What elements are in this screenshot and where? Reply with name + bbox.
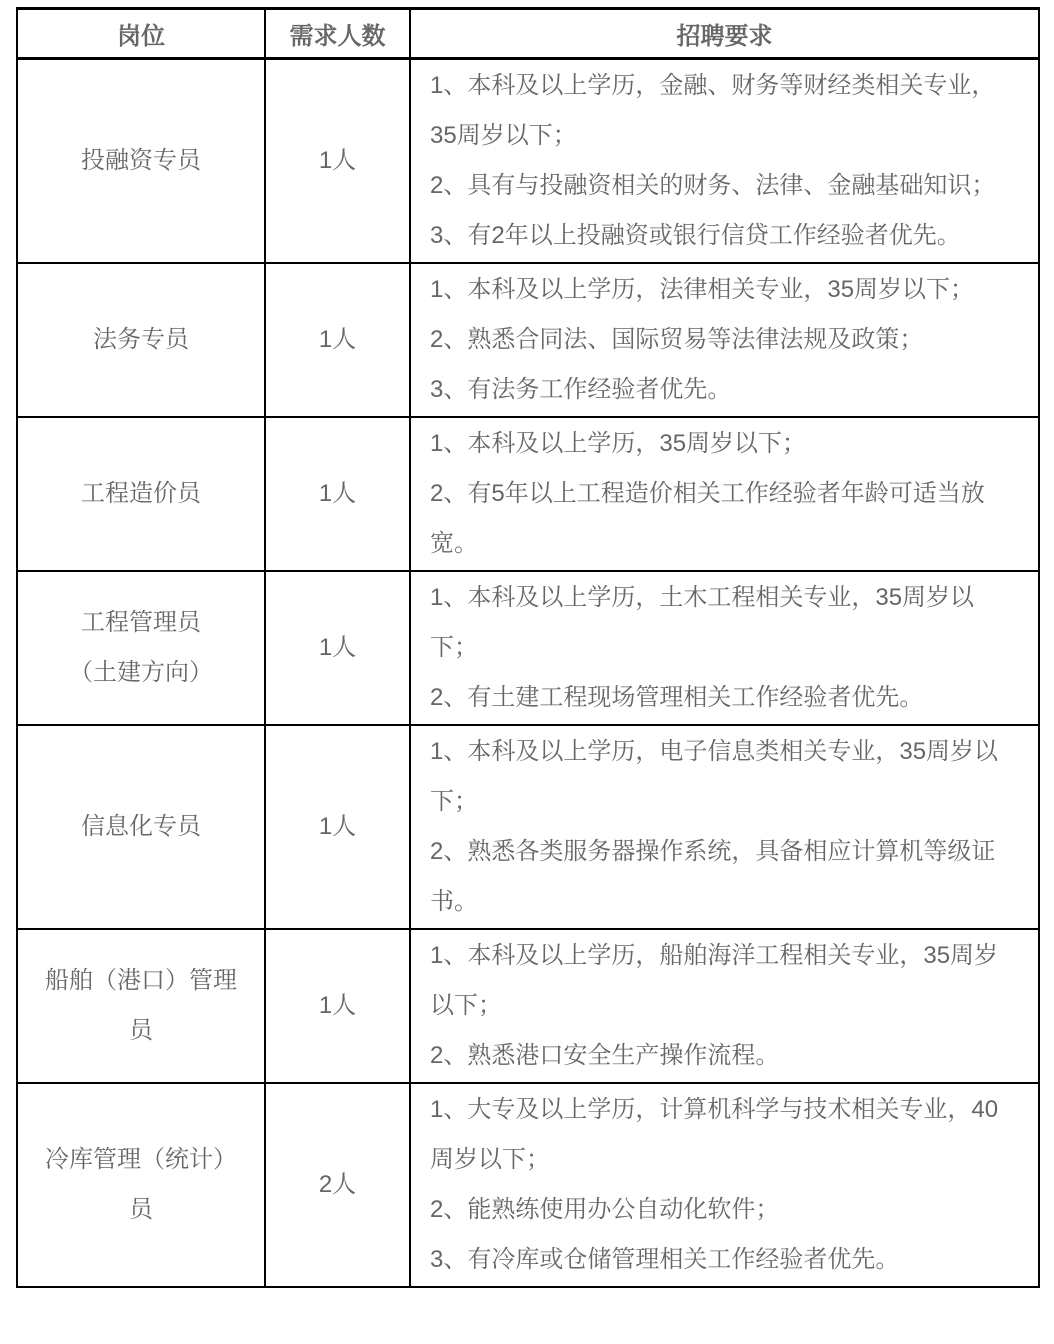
requirements-cell: 1、本科及以上学历，金融、财务等财经类相关专业，35周岁以下；2、具有与投融资相…	[410, 59, 1039, 264]
requirement-item: 1、本科及以上学历，法律相关专业，35周岁以下；	[430, 265, 1013, 315]
position-line: 信息化专员	[26, 802, 256, 852]
table-row: 法务专员1人1、本科及以上学历，法律相关专业，35周岁以下；2、熟悉合同法、国际…	[17, 263, 1039, 417]
requirement-item: 1、本科及以上学历，船舶海洋工程相关专业，35周岁以下；	[430, 931, 1013, 1031]
header-cell-headcount: 需求人数	[265, 9, 410, 59]
position-line: 工程造价员	[26, 469, 256, 519]
headcount-cell: 2人	[265, 1083, 410, 1287]
headcount-cell: 1人	[265, 59, 410, 264]
table-row: 投融资专员1人1、本科及以上学历，金融、财务等财经类相关专业，35周岁以下；2、…	[17, 59, 1039, 264]
position-line: 法务专员	[26, 315, 256, 365]
requirements-cell: 1、本科及以上学历，船舶海洋工程相关专业，35周岁以下；2、熟悉港口安全生产操作…	[410, 929, 1039, 1083]
requirement-item: 3、有冷库或仓储管理相关工作经验者优先。	[430, 1235, 1013, 1285]
table-row: 冷库管理（统计）员2人1、大专及以上学历，计算机科学与技术相关专业，40周岁以下…	[17, 1083, 1039, 1287]
table-body: 投融资专员1人1、本科及以上学历，金融、财务等财经类相关专业，35周岁以下；2、…	[17, 59, 1039, 1288]
page: 岗位 需求人数 招聘要求 投融资专员1人1、本科及以上学历，金融、财务等财经类相…	[0, 0, 1054, 1344]
requirement-item: 2、熟悉港口安全生产操作流程。	[430, 1031, 1013, 1081]
requirements-cell: 1、大专及以上学历，计算机科学与技术相关专业，40周岁以下；2、能熟练使用办公自…	[410, 1083, 1039, 1287]
header-cell-requirements: 招聘要求	[410, 9, 1039, 59]
requirements-cell: 1、本科及以上学历，法律相关专业，35周岁以下；2、熟悉合同法、国际贸易等法律法…	[410, 263, 1039, 417]
requirement-item: 2、熟悉合同法、国际贸易等法律法规及政策；	[430, 315, 1013, 365]
header-cell-position: 岗位	[17, 9, 265, 59]
table-row: 船舶（港口）管理员1人1、本科及以上学历，船舶海洋工程相关专业，35周岁以下；2…	[17, 929, 1039, 1083]
position-line: 冷库管理（统计）	[26, 1135, 256, 1185]
position-line: 员	[26, 1185, 256, 1235]
requirement-item: 2、具有与投融资相关的财务、法律、金融基础知识；	[430, 161, 1013, 211]
headcount-cell: 1人	[265, 263, 410, 417]
requirement-item: 3、有法务工作经验者优先。	[430, 365, 1013, 415]
position-line: （土建方向）	[26, 648, 256, 698]
recruitment-table: 岗位 需求人数 招聘要求 投融资专员1人1、本科及以上学历，金融、财务等财经类相…	[16, 7, 1040, 1288]
requirements-cell: 1、本科及以上学历，电子信息类相关专业，35周岁以下；2、熟悉各类服务器操作系统…	[410, 725, 1039, 929]
headcount-cell: 1人	[265, 725, 410, 929]
headcount-cell: 1人	[265, 417, 410, 571]
table-row: 工程管理员（土建方向）1人1、本科及以上学历，土木工程相关专业，35周岁以下；2…	[17, 571, 1039, 725]
position-cell: 工程造价员	[17, 417, 265, 571]
position-line: 工程管理员	[26, 598, 256, 648]
requirement-item: 1、本科及以上学历，金融、财务等财经类相关专业，35周岁以下；	[430, 61, 1013, 161]
position-cell: 工程管理员（土建方向）	[17, 571, 265, 725]
table-row: 信息化专员1人1、本科及以上学历，电子信息类相关专业，35周岁以下；2、熟悉各类…	[17, 725, 1039, 929]
headcount-cell: 1人	[265, 571, 410, 725]
position-cell: 法务专员	[17, 263, 265, 417]
requirement-item: 2、有5年以上工程造价相关工作经验者年龄可适当放宽。	[430, 469, 1013, 569]
requirements-cell: 1、本科及以上学历，35周岁以下；2、有5年以上工程造价相关工作经验者年龄可适当…	[410, 417, 1039, 571]
requirement-item: 1、本科及以上学历，电子信息类相关专业，35周岁以下；	[430, 727, 1013, 827]
table-row: 工程造价员1人1、本科及以上学历，35周岁以下；2、有5年以上工程造价相关工作经…	[17, 417, 1039, 571]
requirements-cell: 1、本科及以上学历，土木工程相关专业，35周岁以下；2、有土建工程现场管理相关工…	[410, 571, 1039, 725]
requirement-item: 2、能熟练使用办公自动化软件；	[430, 1185, 1013, 1235]
position-line: 船舶（港口）管理	[26, 956, 256, 1006]
requirement-item: 2、有土建工程现场管理相关工作经验者优先。	[430, 673, 1013, 723]
requirement-item: 3、有2年以上投融资或银行信贷工作经验者优先。	[430, 211, 1013, 261]
requirement-item: 2、熟悉各类服务器操作系统，具备相应计算机等级证书。	[430, 827, 1013, 927]
requirement-item: 1、本科及以上学历，土木工程相关专业，35周岁以下；	[430, 573, 1013, 673]
position-cell: 投融资专员	[17, 59, 265, 264]
headcount-cell: 1人	[265, 929, 410, 1083]
position-cell: 冷库管理（统计）员	[17, 1083, 265, 1287]
header-row: 岗位 需求人数 招聘要求	[17, 9, 1039, 59]
position-cell: 信息化专员	[17, 725, 265, 929]
requirement-item: 1、大专及以上学历，计算机科学与技术相关专业，40周岁以下；	[430, 1085, 1013, 1185]
position-cell: 船舶（港口）管理员	[17, 929, 265, 1083]
requirement-item: 1、本科及以上学历，35周岁以下；	[430, 419, 1013, 469]
position-line: 员	[26, 1006, 256, 1056]
position-line: 投融资专员	[26, 136, 256, 186]
